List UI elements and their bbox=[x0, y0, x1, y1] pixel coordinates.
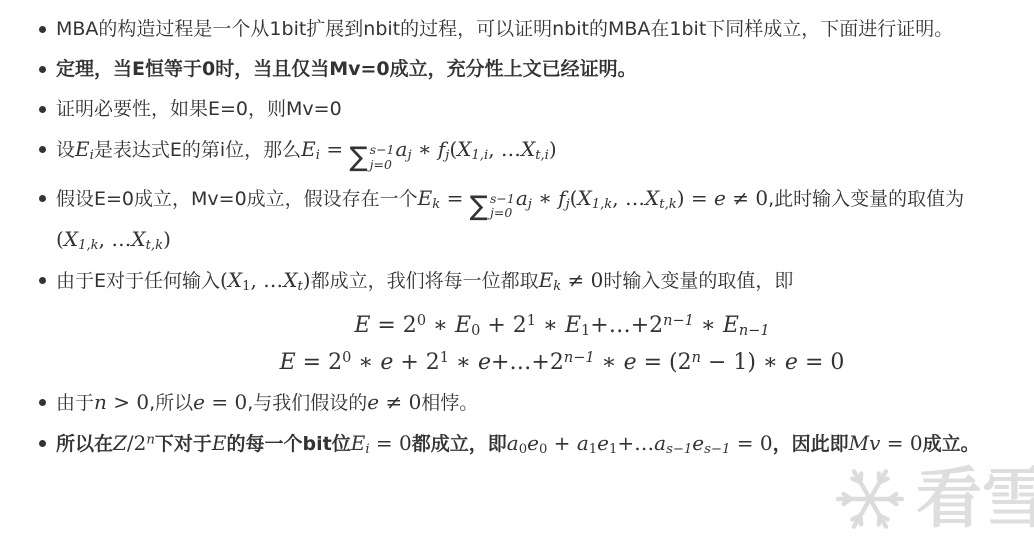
math-run: e ≠ 0 bbox=[367, 390, 421, 414]
math-superscript: 0 bbox=[342, 350, 351, 366]
text-run: 时输入变量的取值，即 bbox=[603, 270, 793, 292]
text-run: 下对于 bbox=[155, 433, 212, 455]
list-item: 设Ei是表达式E的第i位，那么Ei = ∑s−1j=0aj ∗ fj(X1,i,… bbox=[56, 133, 1020, 175]
math-var: M bbox=[849, 431, 869, 455]
math-var: f bbox=[558, 186, 565, 210]
math-var: a bbox=[396, 137, 408, 161]
math-subscript: t,k bbox=[146, 238, 163, 253]
math-run: (X1,k, …Xt,k) bbox=[56, 227, 171, 251]
math-subscript: 1 bbox=[589, 442, 597, 457]
math-var: E bbox=[354, 313, 370, 338]
math-subscript: 0 bbox=[519, 442, 527, 457]
math-superscript: n−1 bbox=[663, 313, 694, 329]
math-roman: , … bbox=[99, 227, 132, 251]
sum-limits: s−1j=0 bbox=[490, 192, 515, 221]
math-run: Ek ≠ 0 bbox=[539, 268, 604, 292]
list-item: 由于E对于任何输入(X1, …Xt)都成立，我们将每一位都取Ek ≠ 0时输入变… bbox=[56, 264, 1020, 379]
math-var: E bbox=[539, 268, 554, 292]
math-var: e bbox=[193, 390, 205, 414]
math-roman: + 2 bbox=[480, 313, 526, 338]
text-run: 假设E=0成立，Mv=0成立，假设存在一个 bbox=[56, 188, 418, 210]
math-subscript: 0 bbox=[471, 323, 480, 339]
equation-block: E = 20 ∗ E0 + 21 ∗ E1+…+2n−1 ∗ En−1E = 2… bbox=[56, 310, 1020, 379]
math-run: Ei bbox=[75, 137, 94, 161]
math-var: X bbox=[131, 227, 145, 251]
math-roman: +…+2 bbox=[491, 350, 564, 375]
math-run: E bbox=[212, 431, 227, 455]
math-subscript: n−1 bbox=[739, 323, 770, 339]
math-roman: − 1) ∗ bbox=[701, 350, 785, 375]
math-roman: ≠ 0 bbox=[379, 390, 421, 414]
math-roman: ≠ 0 bbox=[561, 268, 603, 292]
math-subscript: t,k bbox=[659, 196, 676, 211]
list-item: MBA的构造过程是一个从1bit扩展到nbit的过程，可以证明nbit的MBA在… bbox=[56, 13, 1020, 46]
math-var: X bbox=[645, 186, 659, 210]
math-run: e = 0 bbox=[193, 390, 247, 414]
math-run: E = 20 ∗ e + 21 ∗ e+…+2n−1 ∗ e = (2n − 1… bbox=[280, 350, 845, 375]
math-roman: = 0 bbox=[798, 350, 844, 375]
math-roman: ) bbox=[303, 268, 311, 292]
text-run: 都成立，即 bbox=[412, 433, 507, 455]
equation-line: E = 20 ∗ e + 21 ∗ e+…+2n−1 ∗ e = (2n − 1… bbox=[104, 347, 1020, 379]
math-roman: = bbox=[320, 137, 349, 161]
math-run: E = 20 ∗ E0 + 21 ∗ E1+…+2n−1 ∗ En−1 bbox=[354, 313, 769, 338]
math-superscript: n−1 bbox=[564, 350, 595, 366]
bullet-list: MBA的构造过程是一个从1bit扩展到nbit的过程，可以证明nbit的MBA在… bbox=[0, 0, 1034, 461]
math-superscript: 0 bbox=[417, 313, 426, 329]
math-roman: = 0 bbox=[205, 390, 247, 414]
math-var: X bbox=[577, 186, 591, 210]
list-item: 所以在Z/2n下对于E的每一个bit位Ei = 0都成立，即a0e0 + a1e… bbox=[56, 427, 1020, 461]
math-var: a bbox=[507, 431, 519, 455]
summation: ∑s−1j=0 bbox=[349, 141, 395, 175]
math-roman: ) bbox=[549, 137, 557, 161]
text-run: 是表达式E的第i位，那么 bbox=[94, 139, 301, 161]
text-run: 相悖。 bbox=[421, 392, 478, 414]
math-run: Z/2n bbox=[113, 431, 155, 455]
math-var: E bbox=[723, 313, 739, 338]
text-run: ,与我们假设的 bbox=[247, 392, 367, 414]
math-run: n > 0 bbox=[94, 390, 149, 414]
math-superscript: 1 bbox=[440, 350, 449, 366]
math-var: E bbox=[75, 137, 90, 161]
math-var: v bbox=[869, 431, 880, 455]
math-var: e bbox=[597, 431, 609, 455]
math-roman: , … bbox=[250, 268, 283, 292]
sigma-symbol: ∑ bbox=[349, 144, 367, 171]
math-subscript: 1,k bbox=[592, 196, 613, 211]
math-run: Ei = 0 bbox=[351, 431, 412, 455]
math-subscript: 1 bbox=[581, 323, 590, 339]
sum-lower: j=0 bbox=[490, 206, 515, 220]
math-roman: = 2 bbox=[370, 313, 416, 338]
math-roman: ∗ bbox=[536, 313, 565, 338]
list-item: 证明必要性，如果E=0，则Mv=0 bbox=[56, 93, 1020, 126]
snowflake-icon bbox=[830, 459, 910, 539]
math-roman: ( bbox=[56, 227, 64, 251]
math-var: a bbox=[654, 431, 666, 455]
math-roman: +…+2 bbox=[590, 313, 663, 338]
math-roman: ∗ bbox=[449, 350, 478, 375]
math-var: e bbox=[624, 350, 637, 375]
watermark: 看雪 bbox=[830, 459, 1034, 539]
math-roman: , … bbox=[612, 186, 645, 210]
text-run: 定理，当E恒等于0时，当且仅当Mv=0成立，充分性上文已经证明。 bbox=[56, 58, 637, 80]
text-run: ,所以 bbox=[149, 392, 193, 414]
math-var: X bbox=[521, 137, 535, 161]
math-var: E bbox=[280, 350, 296, 375]
math-var: a bbox=[577, 431, 589, 455]
math-var: X bbox=[64, 227, 78, 251]
math-subscript: s−1 bbox=[704, 442, 730, 457]
math-var: X bbox=[283, 268, 297, 292]
watermark-text: 看雪 bbox=[916, 466, 1034, 532]
math-roman: = (2 bbox=[637, 350, 692, 375]
math-var: e bbox=[380, 350, 393, 375]
math-var: e bbox=[714, 186, 726, 210]
math-roman: ) bbox=[163, 227, 171, 251]
text-run: 由于 bbox=[56, 392, 94, 414]
math-roman: ∗ bbox=[595, 350, 624, 375]
math-roman: ∗ bbox=[532, 186, 558, 210]
math-superscript: 1 bbox=[527, 313, 536, 329]
text-run: 的每一个bit位 bbox=[227, 433, 351, 455]
math-roman: = 0 bbox=[880, 431, 922, 455]
math-roman: = bbox=[440, 186, 469, 210]
math-var: E bbox=[418, 186, 433, 210]
math-roman: , … bbox=[488, 137, 521, 161]
math-subscript: k bbox=[553, 279, 561, 294]
math-var: e bbox=[527, 431, 539, 455]
math-run: Ei = ∑s−1j=0aj ∗ fj(X1,i, …Xt,i) bbox=[301, 137, 557, 161]
math-subscript: 1,k bbox=[78, 238, 99, 253]
math-roman: + 2 bbox=[393, 350, 439, 375]
math-var: e bbox=[478, 350, 491, 375]
math-roman: +… bbox=[617, 431, 654, 455]
math-roman: = 0 bbox=[730, 431, 772, 455]
math-superscript: n bbox=[692, 350, 701, 366]
math-var: X bbox=[228, 268, 242, 292]
math-subscript: t,i bbox=[535, 148, 549, 163]
math-var: e bbox=[692, 431, 704, 455]
math-var: E bbox=[351, 431, 366, 455]
list-item: 假设E=0成立，Mv=0成立，假设存在一个Ek = ∑s−1j=0aj ∗ fj… bbox=[56, 182, 1020, 258]
math-subscript: s−1 bbox=[666, 442, 692, 457]
math-var: E bbox=[455, 313, 471, 338]
math-roman: /2 bbox=[127, 431, 146, 455]
math-superscript: n bbox=[146, 432, 155, 447]
math-roman: ∗ bbox=[412, 137, 438, 161]
sum-lower: j=0 bbox=[370, 158, 395, 172]
math-roman: > 0 bbox=[107, 390, 149, 414]
math-subscript: 1,i bbox=[471, 148, 488, 163]
text-run: ，因此即 bbox=[773, 433, 849, 455]
math-roman: ) = bbox=[677, 186, 714, 210]
text-run: 都成立，我们将每一位都取 bbox=[311, 270, 539, 292]
math-var: a bbox=[516, 186, 528, 210]
math-var: E bbox=[301, 137, 316, 161]
text-run: ,此时输入变量的取值为 bbox=[768, 188, 964, 210]
math-roman: ∗ bbox=[694, 313, 723, 338]
equation-line: E = 20 ∗ E0 + 21 ∗ E1+…+2n−1 ∗ En−1 bbox=[104, 310, 1020, 342]
math-var: n bbox=[94, 390, 107, 414]
math-run: a0e0 + a1e1+…as−1es−1 = 0 bbox=[507, 431, 773, 455]
math-var: E bbox=[212, 431, 227, 455]
math-roman: = 0 bbox=[370, 431, 412, 455]
sum-limits: s−1j=0 bbox=[370, 143, 395, 172]
text-run: MBA的构造过程是一个从1bit扩展到nbit的过程，可以证明nbit的MBA在… bbox=[56, 18, 953, 40]
text-run: 成立。 bbox=[923, 433, 980, 455]
text-run: 证明必要性，如果E=0，则Mv=0 bbox=[56, 98, 342, 120]
math-roman: = 2 bbox=[296, 350, 342, 375]
text-run: 设 bbox=[56, 139, 75, 161]
text-run: 由于E对于任何输入 bbox=[56, 270, 220, 292]
math-run: Mv = 0 bbox=[849, 431, 923, 455]
math-var: e bbox=[785, 350, 798, 375]
math-var: e bbox=[367, 390, 379, 414]
sum-upper: s−1 bbox=[370, 143, 395, 157]
math-roman: ∗ bbox=[426, 313, 455, 338]
math-roman: ( bbox=[220, 268, 228, 292]
math-var: E bbox=[565, 313, 581, 338]
text-run: 所以在 bbox=[56, 433, 113, 455]
document-body: MBA的构造过程是一个从1bit扩展到nbit的过程，可以证明nbit的MBA在… bbox=[0, 0, 1034, 461]
math-roman: ∗ bbox=[351, 350, 380, 375]
summation: ∑s−1j=0 bbox=[470, 189, 516, 223]
math-run: (X1, …Xt) bbox=[220, 268, 311, 292]
math-roman: ≠ 0 bbox=[726, 186, 768, 210]
math-roman: + bbox=[547, 431, 576, 455]
math-roman: ( bbox=[449, 137, 457, 161]
math-var: Z bbox=[113, 431, 127, 455]
list-item: 由于n > 0,所以e = 0,与我们假设的e ≠ 0相悖。 bbox=[56, 386, 1020, 420]
list-item: 定理，当E恒等于0时，当且仅当Mv=0成立，充分性上文已经证明。 bbox=[56, 53, 1020, 86]
sigma-symbol: ∑ bbox=[470, 193, 488, 220]
math-var: X bbox=[457, 137, 471, 161]
math-run: Ek = ∑s−1j=0aj ∗ fj(X1,k, …Xt,k) = e ≠ 0 bbox=[418, 186, 768, 210]
sum-upper: s−1 bbox=[490, 192, 515, 206]
